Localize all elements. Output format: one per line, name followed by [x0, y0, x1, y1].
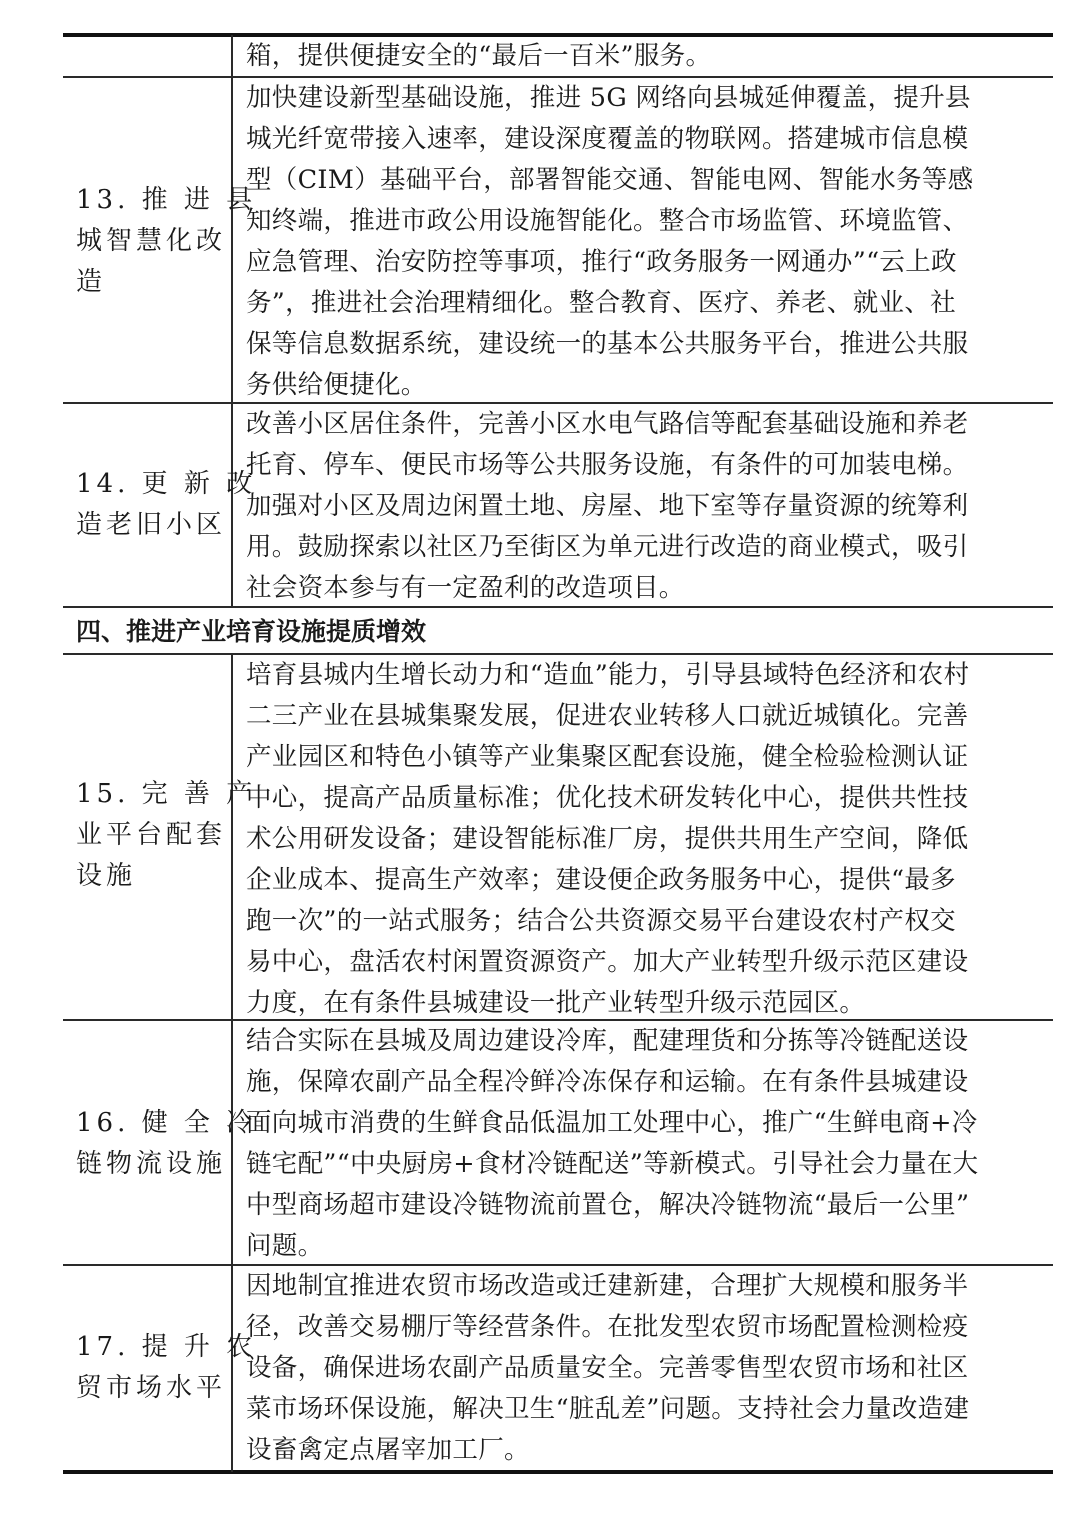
text-line: 务”，推进社会治理精细化。整合教育、医疗、养老、就业、社 [246, 283, 1046, 324]
text-line: 力度，在有条件县城建设一批产业转型升级示范园区。 [246, 983, 1046, 1024]
label-line: 13. 推 进 县 [76, 180, 226, 221]
label-line: 14. 更 新 改 [76, 464, 226, 505]
item-content-13: 加快建设新型基础设施，推进 5G 网络向县城延伸覆盖，提升县 城光纤宽带接入速率… [246, 78, 1046, 406]
column-divider [231, 35, 233, 607]
item-label-15: 15. 完 善 产 业平台配套 设施 [76, 774, 226, 897]
text-line: 易中心，盘活农村闲置资源资产。加大产业转型升级示范区建设 [246, 942, 1046, 983]
text-line: 应急管理、治安防控等事项，推行“政务服务一网通办”“云上政 [246, 242, 1046, 283]
text-line: 结合实际在县城及周边建设冷库，配建理货和分拣等冷链配送设 [246, 1021, 1046, 1062]
section-heading: 四、推进产业培育设施提质增效 [76, 612, 426, 652]
text-line: 加强对小区及周边闲置土地、房屋、地下室等存量资源的统筹利 [246, 486, 1046, 527]
label-line: 业平台配套 [76, 815, 226, 856]
item-label-13: 13. 推 进 县 城智慧化改 造 [76, 180, 226, 303]
item-content-14: 改善小区居住条件，完善小区水电气路信等配套基础设施和养老 托育、停车、便民市场等… [246, 404, 1046, 609]
label-line: 16. 健 全 冷 [76, 1103, 226, 1144]
label-line: 17. 提 升 农 [76, 1327, 226, 1368]
text-line: 加快建设新型基础设施，推进 5G 网络向县城延伸覆盖，提升县 [246, 78, 1046, 119]
text-line: 链宅配”“中央厨房+食材冷链配送”等新模式。引导社会力量在大 [246, 1144, 1046, 1185]
text-line: 社会资本参与有一定盈利的改造项目。 [246, 568, 1046, 609]
text-line: 施，保障农副产品全程冷鲜冷冻保存和运输。在有条件县城建设 [246, 1062, 1046, 1103]
text-line: 面向城市消费的生鲜食品低温加工处理中心，推广“生鲜电商+冷 [246, 1103, 1046, 1144]
text-line: 术公用研发设备；建设智能标准厂房，提供共用生产空间，降低 [246, 819, 1046, 860]
text-line: 跑一次”的一站式服务；结合公共资源交易平台建设农村产权交 [246, 901, 1046, 942]
item-content-15: 培育县城内生增长动力和“造血”能力，引导县域特色经济和农村 二三产业在县城集聚发… [246, 655, 1046, 1024]
item-label-16: 16. 健 全 冷 链物流设施 [76, 1103, 226, 1185]
label-line: 链物流设施 [76, 1144, 226, 1185]
label-line: 15. 完 善 产 [76, 774, 226, 815]
text-line: 菜市场环保设施，解决卫生“脏乱差”问题。支持社会力量改造建 [246, 1389, 1046, 1430]
item-content-17: 因地制宜推进农贸市场改造或迁建新建，合理扩大规模和服务半 径，改善交易棚厅等经营… [246, 1266, 1046, 1471]
text-line: 保等信息数据系统，建设统一的基本公共服务平台，推进公共服 [246, 324, 1046, 365]
label-line: 城智慧化改 [76, 221, 226, 262]
text-line: 改善小区居住条件，完善小区水电气路信等配套基础设施和养老 [246, 404, 1046, 445]
text-line: 设畜禽定点屠宰加工厂。 [246, 1430, 1046, 1471]
text-line: 产业园区和特色小镇等产业集聚区配套设施，健全检验检测认证 [246, 737, 1046, 778]
text-line: 中型商场超市建设冷链物流前置仓，解决冷链物流“最后一公里” [246, 1185, 1046, 1226]
label-line: 造 [76, 262, 226, 303]
text-line: 二三产业在县城集聚发展，促进农业转移人口就近城镇化。完善 [246, 696, 1046, 737]
text-line: 托育、停车、便民市场等公共服务设施，有条件的可加装电梯。 [246, 445, 1046, 486]
item-label-14: 14. 更 新 改 造老旧小区 [76, 464, 226, 546]
text-line: 知终端，推进市政公用设施智能化。整合市场监管、环境监管、 [246, 201, 1046, 242]
row-content-continuation: 箱，提供便捷安全的“最后一百米”服务。 [246, 36, 1046, 77]
text-line: 型（CIM）基础平台，部署智能交通、智能电网、智能水务等感 [246, 160, 1046, 201]
text-line: 径，改善交易棚厅等经营条件。在批发型农贸市场配置检测检疫 [246, 1307, 1046, 1348]
label-line: 贸市场水平 [76, 1368, 226, 1409]
text-line: 设备，确保进场农副产品质量安全。完善零售型农贸市场和社区 [246, 1348, 1046, 1389]
text-line: 中心，提高产品质量标准；优化技术研发转化中心，提供共性技 [246, 778, 1046, 819]
label-line: 造老旧小区 [76, 505, 226, 546]
text-line: 务供给便捷化。 [246, 365, 1046, 406]
text-line: 城光纤宽带接入速率，建设深度覆盖的物联网。搭建城市信息模 [246, 119, 1046, 160]
label-line: 设施 [76, 856, 226, 897]
item-label-17: 17. 提 升 农 贸市场水平 [76, 1327, 226, 1409]
item-content-16: 结合实际在县城及周边建设冷库，配建理货和分拣等冷链配送设 施，保障农副产品全程冷… [246, 1021, 1046, 1267]
text-line: 培育县城内生增长动力和“造血”能力，引导县域特色经济和农村 [246, 655, 1046, 696]
text-line: 企业成本、提高生产效率；建设便企政务服务中心，提供“最多 [246, 860, 1046, 901]
text-line: 用。鼓励探索以社区乃至街区为单元进行改造的商业模式，吸引 [246, 527, 1046, 568]
text-line: 因地制宜推进农贸市场改造或迁建新建，合理扩大规模和服务半 [246, 1266, 1046, 1307]
text-line: 问题。 [246, 1226, 1046, 1267]
text-line: 箱，提供便捷安全的“最后一百米”服务。 [246, 36, 1046, 77]
